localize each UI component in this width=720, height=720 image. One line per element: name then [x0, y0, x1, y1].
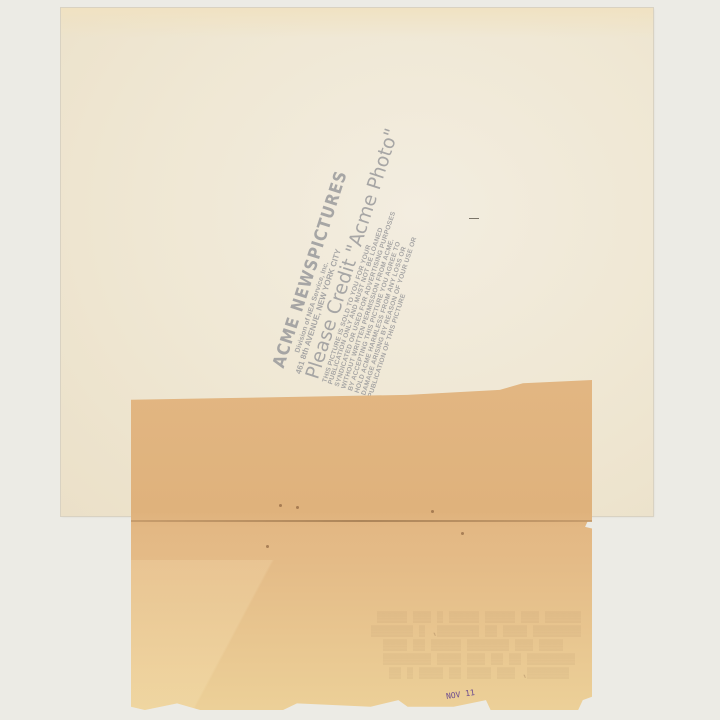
- pencil-mark: [469, 218, 479, 219]
- agency-stamp: ACME NEWSPICTURES Division of NEA Servic…: [251, 120, 491, 370]
- snipe-bleedthrough-text: ▒▒▒▒▒▒ ▒▒▒ ▒▒▒▒▒ ▒▒▒▒▒ ▒ ▒▒▒ ▒▒▒▒▒ ▒▒▒▒▒…: [161, 598, 581, 682]
- caption-snipe: ▒▒▒▒▒▒ ▒▒▒ ▒▒▒▒▒ ▒▒▒▒▒ ▒ ▒▒▒ ▒▒▒▒▒ ▒▒▒▒▒…: [131, 380, 592, 710]
- snipe-speck: [266, 545, 269, 548]
- snipe-speck: [431, 510, 434, 513]
- snipe-speck: [461, 532, 464, 535]
- snipe-speck: [296, 506, 299, 509]
- snipe-speck: [279, 504, 282, 507]
- scene: ACME NEWSPICTURES Division of NEA Servic…: [0, 0, 720, 720]
- snipe-fold-line: [131, 520, 592, 522]
- stamp-text-block: ACME NEWSPICTURES Division of NEA Servic…: [271, 118, 455, 399]
